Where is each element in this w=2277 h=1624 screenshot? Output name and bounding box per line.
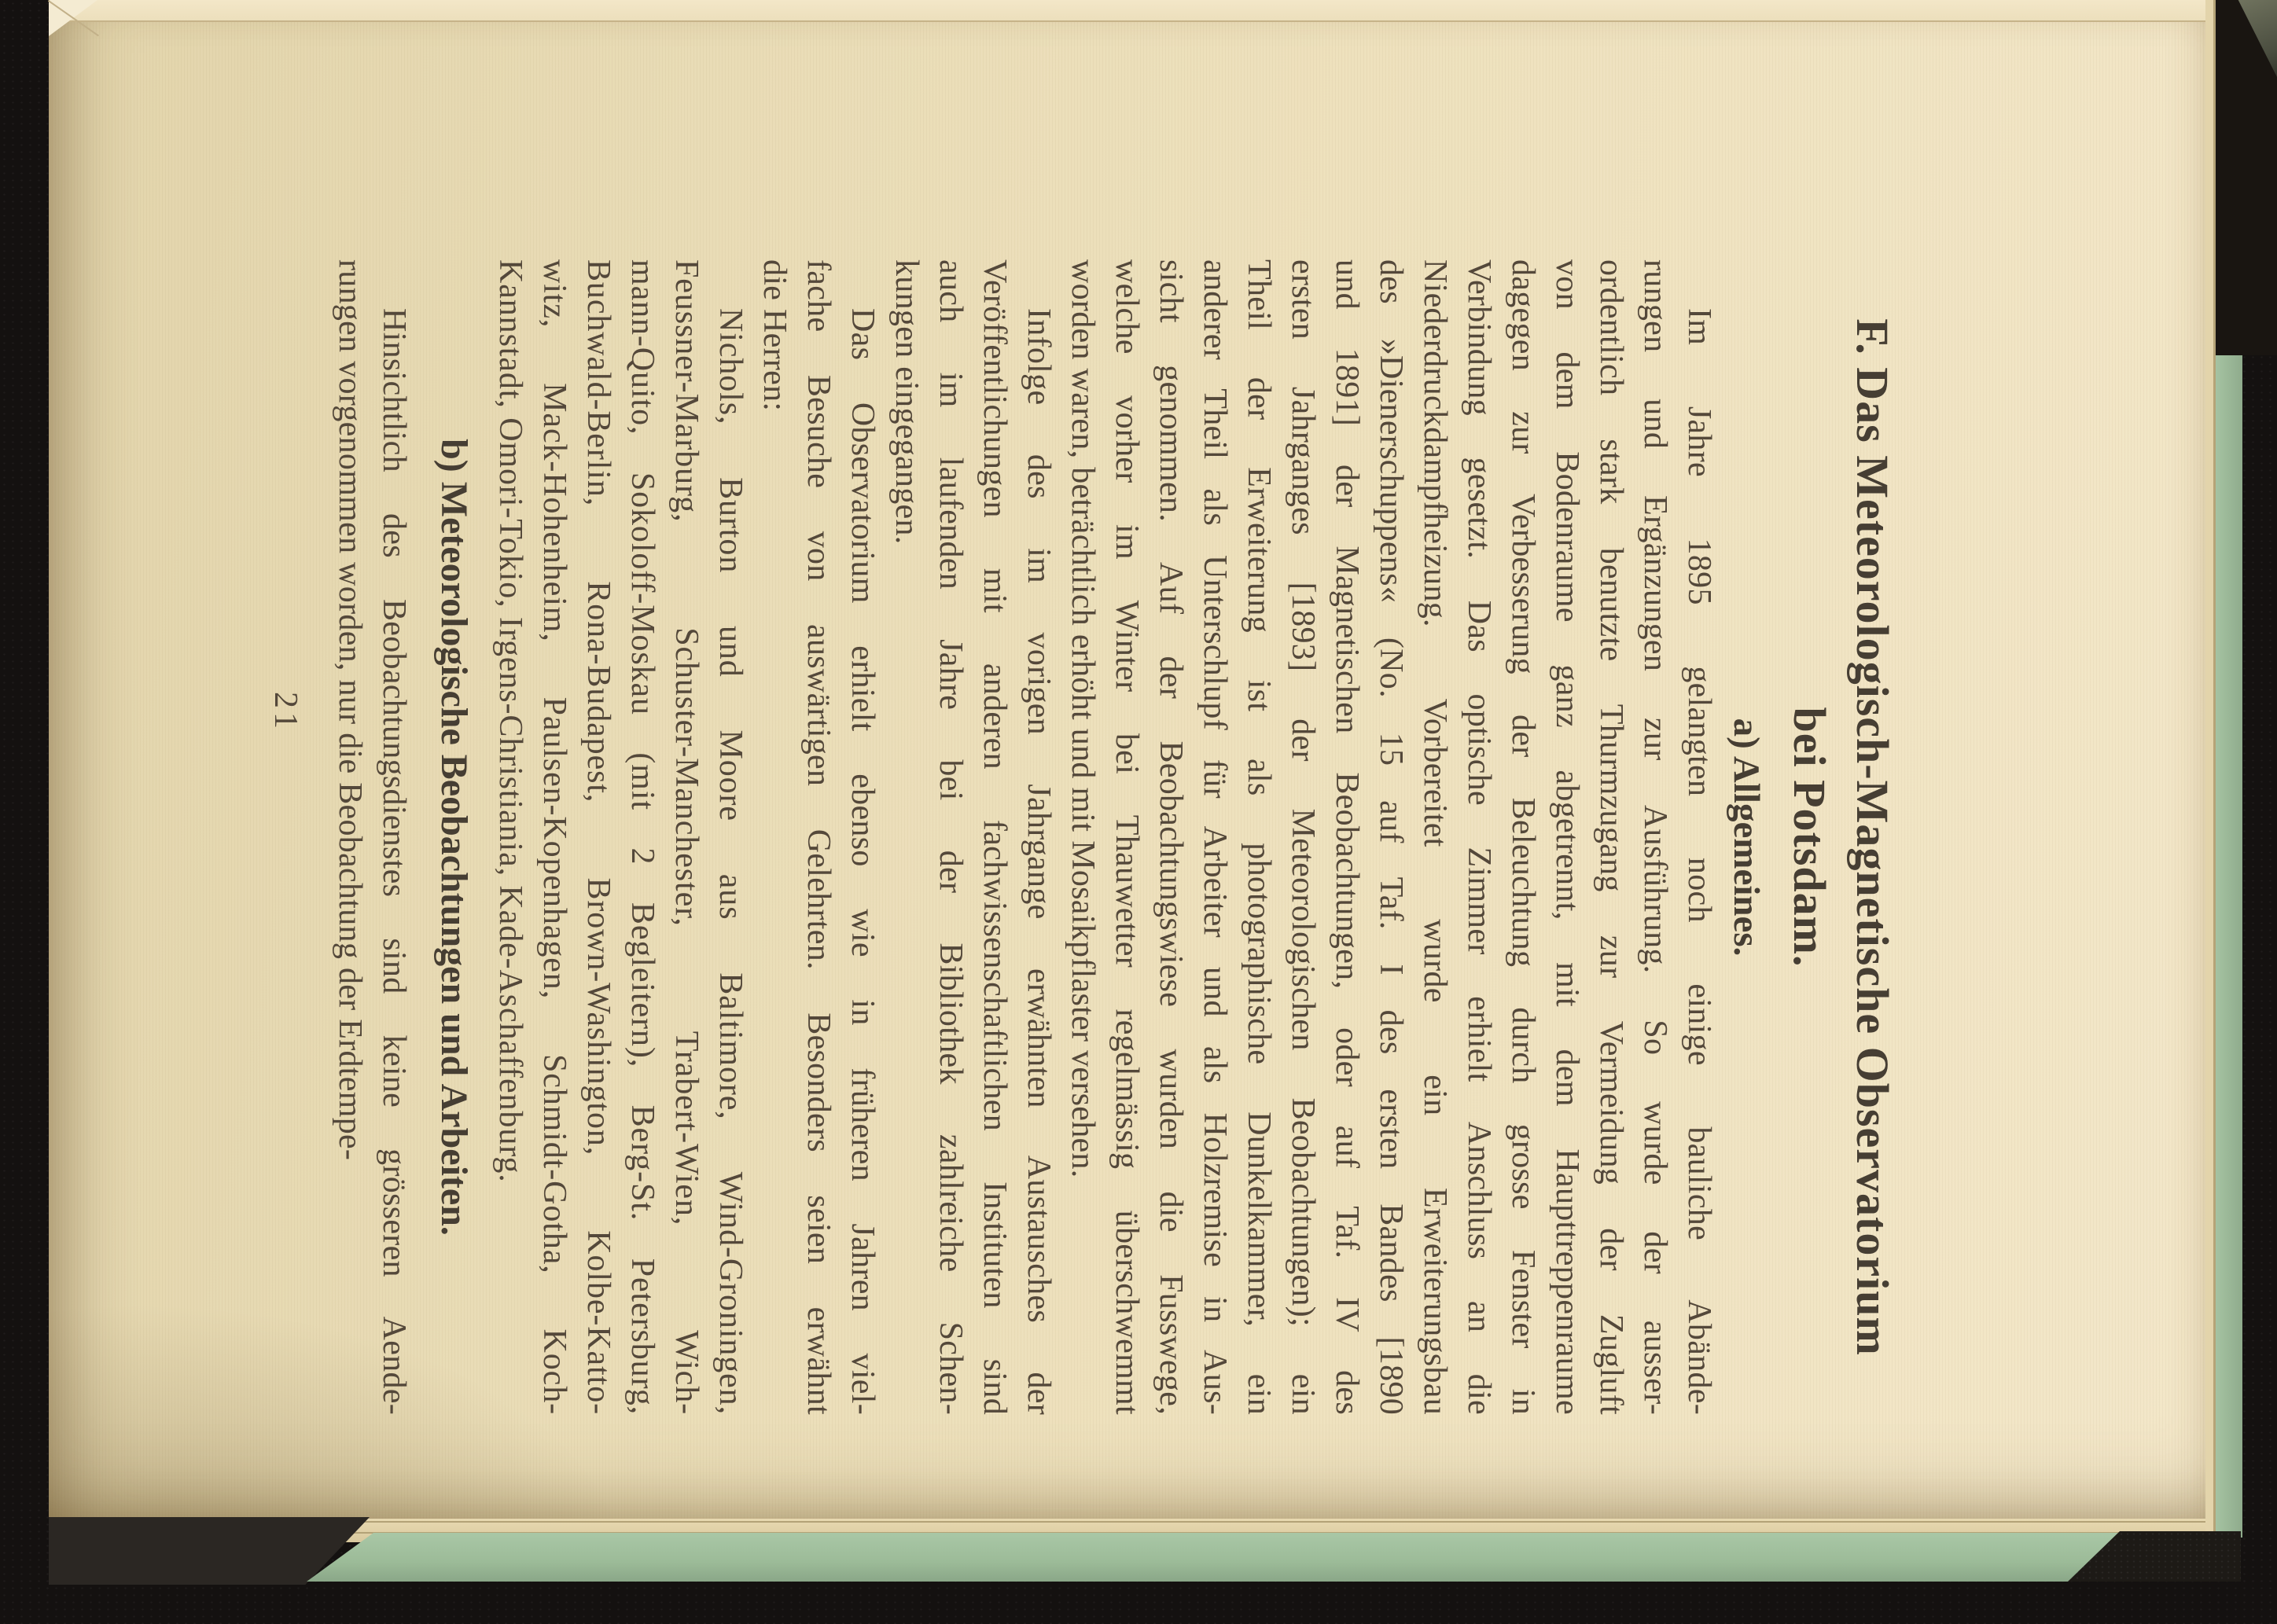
text-line: und 1891] der Magnetischen Beobachtungen… <box>1325 259 1369 1415</box>
text-line: Hinsichtlich des Beobachtungsdienstes si… <box>372 259 416 1415</box>
text-line: dagegen zur Verbesserung der Beleuchtung… <box>1501 259 1545 1415</box>
text-line: Feussner-Marburg, Schuster-Manchester, T… <box>664 259 708 1415</box>
text-line: rungen und Ergänzungen zur Ausführung. S… <box>1633 259 1677 1415</box>
text-line: kungen eingegangen. <box>885 259 929 1415</box>
text-line: witz, Mack-Hohenheim, Paulsen-Kopenhagen… <box>532 259 576 1415</box>
page-number: 21 <box>267 692 304 849</box>
text-line: Verbindung gesetzt. Das optische Zimmer … <box>1457 259 1501 1415</box>
text-line: Das Observatorium erhielt ebenso wie in … <box>841 259 885 1415</box>
paragraph: Infolge des im vorigen Jahrgange erwähnt… <box>885 259 1061 1415</box>
paragraph: Im Jahre 1895 gelangten noch einige baul… <box>1061 259 1721 1415</box>
text-line: ordentlich stark benutzte Thurmzugang zu… <box>1589 259 1633 1415</box>
section-heading: b) Meteorologische Beobachtungen und Arb… <box>430 259 477 1415</box>
chapter-title-line1: F. Das Meteorologisch-Magnetische Observ… <box>1841 259 1904 1415</box>
page-text-flow: F. Das Meteorologisch-Magnetische Observ… <box>328 259 2205 1415</box>
screenshot-root: F. Das Meteorologisch-Magnetische Observ… <box>0 0 2277 1624</box>
chapter-title-line2: bei Potsdam. <box>1778 259 1841 1415</box>
text-line: sicht genommen. Auf der Beobachtungswies… <box>1149 259 1193 1415</box>
text-line: mann-Quito, Sokoloff-Moskau (mit 2 Begle… <box>620 259 664 1415</box>
text-line: die Herren: <box>752 259 796 1415</box>
text-line: worden waren, beträchtlich erhöht und mi… <box>1061 259 1105 1415</box>
text-line: ersten Jahrganges [1893] der Meteorologi… <box>1281 259 1325 1415</box>
text-line: Veröffentlichungen mit anderen fachwisse… <box>973 259 1017 1415</box>
text-line: Niederdruckdampfheizung. Vorbereitet wur… <box>1413 259 1457 1415</box>
text-line: Nichols, Burton und Moore aus Baltimore,… <box>708 259 752 1415</box>
text-line: rungen vorgenommen worden, nur die Beoba… <box>328 259 372 1415</box>
paragraph: Nichols, Burton und Moore aus Baltimore,… <box>488 259 752 1415</box>
rotated-page-content: F. Das Meteorologisch-Magnetische Observ… <box>49 0 2205 1533</box>
text-line: Kannstadt, Omori-Tokio, Irgens-Christian… <box>488 259 532 1415</box>
text-line: Theil der Erweiterung ist als photograph… <box>1237 259 1281 1415</box>
text-line: des »Dienerschuppens« (No. 15 auf Taf. I… <box>1369 259 1413 1415</box>
green-cover-edge-right <box>2216 355 2242 1538</box>
text-line: Buchwald-Berlin, Rona-Budapest, Brown-Wa… <box>576 259 620 1415</box>
text-line: anderer Theil als Unterschlupf für Arbei… <box>1193 259 1237 1415</box>
text-line: auch im laufenden Jahre bei der Biblioth… <box>929 259 973 1415</box>
chapter-title: F. Das Meteorologisch-Magnetische Observ… <box>1778 259 1904 1415</box>
text-line: welche vorher im Winter bei Thauwetter r… <box>1105 259 1149 1415</box>
underlying-page-edge-right <box>2205 0 2216 1538</box>
text-line: Im Jahre 1895 gelangten noch einige baul… <box>1677 259 1721 1415</box>
green-cover-edge-bottom <box>307 1533 2239 1582</box>
section-heading: a) Allgemeines. <box>1721 259 1771 1415</box>
sections-container: a) Allgemeines.Im Jahre 1895 gelangten n… <box>328 259 1771 1415</box>
paragraph: Hinsichtlich des Beobachtungsdienstes si… <box>328 259 416 1415</box>
text-line: fache Besuche von auswärtigen Gelehrten.… <box>796 259 841 1415</box>
text-line: Infolge des im vorigen Jahrgange erwähnt… <box>1017 259 1061 1415</box>
text-line: von dem Bodenraume ganz abgetrennt, mit … <box>1545 259 1589 1415</box>
paragraph: Das Observatorium erhielt ebenso wie in … <box>752 259 885 1415</box>
